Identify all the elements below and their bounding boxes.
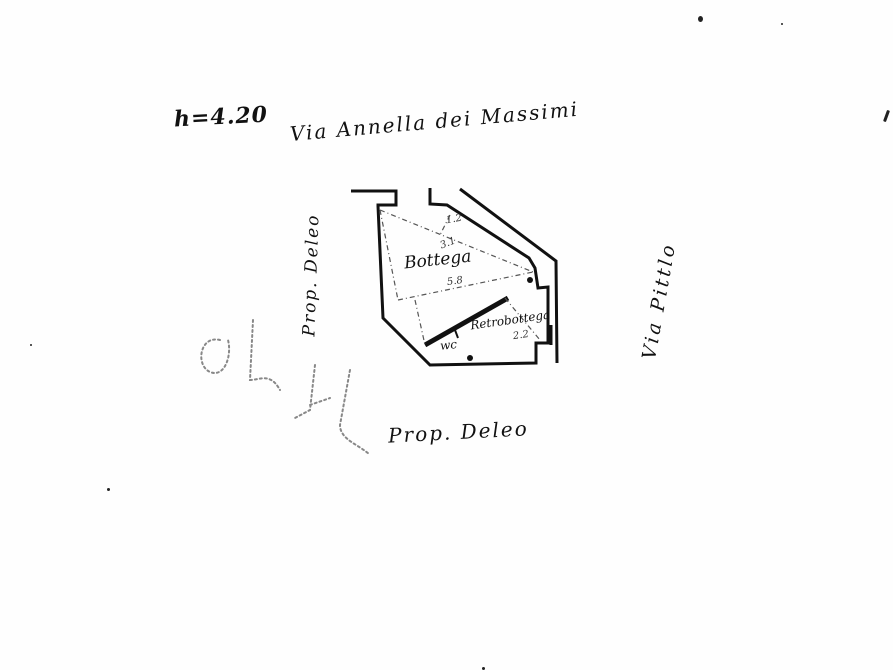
scan-speck xyxy=(698,16,703,22)
column-mark xyxy=(527,277,533,283)
dimension-label: 2.2 xyxy=(512,329,529,342)
floor-plan-drawing xyxy=(0,0,893,670)
scan-speck xyxy=(107,488,110,491)
column-mark xyxy=(467,355,473,361)
room-label-wc: wc xyxy=(439,337,457,353)
scanned-floor-plan-sheet: h=4.20 Via Annella dei Massimi Via Pittl… xyxy=(0,0,893,670)
signature-mark xyxy=(190,310,380,460)
dimension-label: 5.8 xyxy=(446,275,463,288)
scan-speck xyxy=(781,23,783,25)
scan-speck xyxy=(30,344,32,346)
height-label: h=4.20 xyxy=(173,102,268,133)
